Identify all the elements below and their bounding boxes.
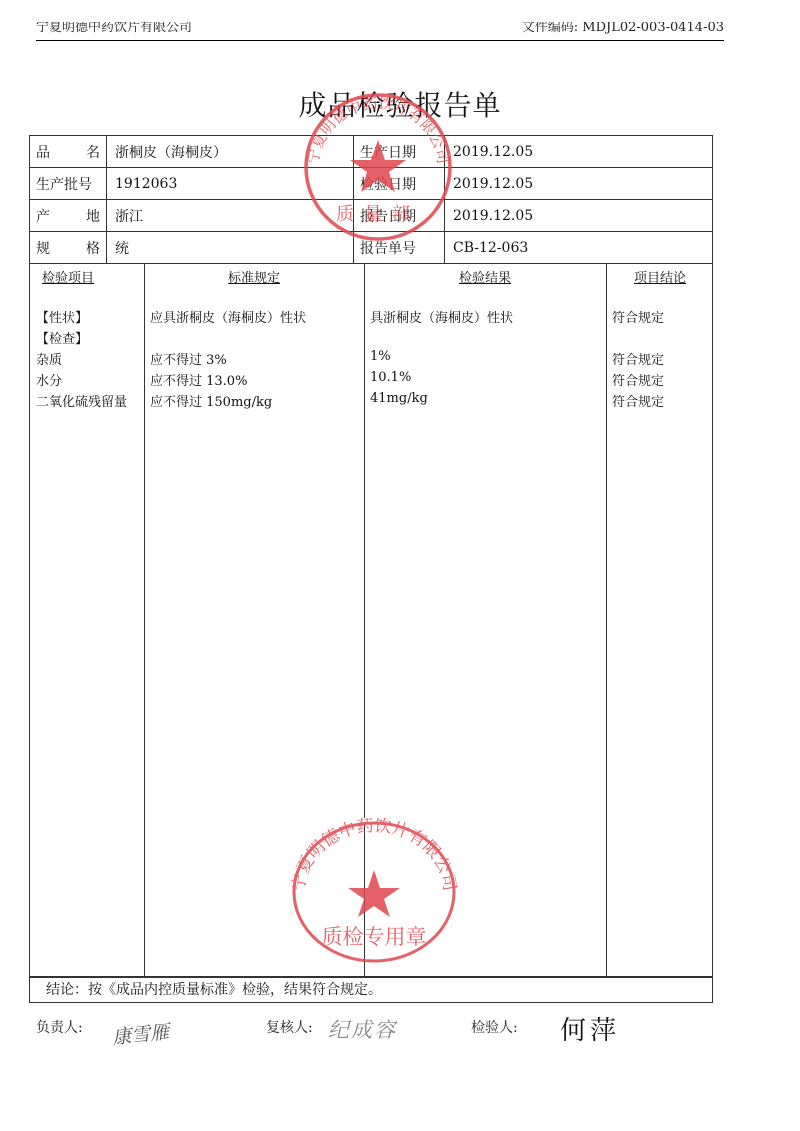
result-cell-item: 二氧化硫残留量: [36, 391, 127, 410]
batch-value: 1912063: [107, 168, 354, 200]
header-standard: 标准规定: [144, 267, 364, 286]
header-conclusion: 项目结论: [606, 267, 714, 286]
responsible-label: 负责人:: [36, 1017, 83, 1037]
info-row: 产地 浙江 报告日期 2019.12.05: [30, 200, 713, 232]
result-cell-conclusion: 符合规定: [612, 391, 664, 410]
results-table: 检验项目 标准规定 检验结果 项目结论 【性状】应具浙桐皮（海桐皮）性状具浙桐皮…: [29, 263, 713, 977]
batch-label: 生产批号: [30, 168, 107, 200]
result-cell-standard: 应不得过 3%: [150, 349, 227, 368]
inspector-signature: 何萍: [560, 1010, 620, 1047]
conclusion-text: 结论：按《成品内控质量标准》检验，结果符合规定。: [29, 977, 713, 1003]
result-cell-result: 41mg/kg: [370, 391, 428, 406]
reviewer-label: 复核人:: [266, 1017, 313, 1037]
column-divider: [144, 263, 145, 976]
spec-value: 统: [107, 232, 354, 264]
result-cell-item: 【性状】: [36, 307, 88, 326]
header-result: 检验结果: [364, 267, 606, 286]
production-date-value: 2019.12.05: [445, 136, 713, 168]
product-name-label: 品名: [30, 136, 107, 168]
company-name: 宁夏明德中药饮片有限公司: [36, 22, 192, 35]
info-row: 生产批号 1912063 检验日期 2019.12.05: [30, 168, 713, 200]
responsible-signature: 康雪雁: [111, 1017, 171, 1050]
result-cell-item: 水分: [36, 370, 62, 389]
result-cell-result: 具浙桐皮（海桐皮）性状: [370, 307, 513, 326]
header-item: 检验项目: [42, 267, 94, 286]
inspector-label: 检验人:: [471, 1017, 518, 1037]
result-cell-standard: 应不得过 150mg/kg: [150, 391, 272, 410]
result-cell-result: 10.1%: [370, 370, 411, 385]
page-title: 成品检验报告单: [0, 84, 800, 124]
document-code: 文件编码: MDJL02-003-0414-03: [522, 22, 724, 35]
production-date-label: 生产日期: [354, 136, 445, 168]
page-header: 宁夏明德中药饮片有限公司 文件编码: MDJL02-003-0414-03: [36, 22, 724, 41]
origin-value: 浙江: [107, 200, 354, 232]
column-divider: [364, 263, 365, 818]
column-divider: [606, 263, 607, 976]
report-date-value: 2019.12.05: [445, 200, 713, 232]
result-cell-standard: 应不得过 13.0%: [150, 370, 247, 389]
spec-label: 规格: [30, 232, 107, 264]
result-cell-result: 1%: [370, 349, 391, 364]
product-name-value: 浙桐皮（海桐皮）: [107, 136, 354, 168]
result-cell-item: 【检查】: [36, 328, 88, 347]
result-cell-conclusion: 符合规定: [612, 349, 664, 368]
origin-label: 产地: [30, 200, 107, 232]
result-cell-item: 杂质: [36, 349, 62, 368]
info-row: 品名 浙桐皮（海桐皮） 生产日期 2019.12.05: [30, 136, 713, 168]
inspection-date-label: 检验日期: [354, 168, 445, 200]
report-number-value: CB-12-063: [445, 232, 713, 264]
report-date-label: 报告日期: [354, 200, 445, 232]
column-divider: [364, 825, 365, 976]
info-row: 规格 统 报告单号 CB-12-063: [30, 232, 713, 264]
inspection-date-value: 2019.12.05: [445, 168, 713, 200]
report-number-label: 报告单号: [354, 232, 445, 264]
result-cell-conclusion: 符合规定: [612, 307, 664, 326]
product-info-table: 品名 浙桐皮（海桐皮） 生产日期 2019.12.05 生产批号 1912063…: [29, 135, 713, 264]
result-cell-standard: 应具浙桐皮（海桐皮）性状: [150, 307, 306, 326]
result-cell-conclusion: 符合规定: [612, 370, 664, 389]
reviewer-signature: 纪成容: [328, 1014, 397, 1044]
